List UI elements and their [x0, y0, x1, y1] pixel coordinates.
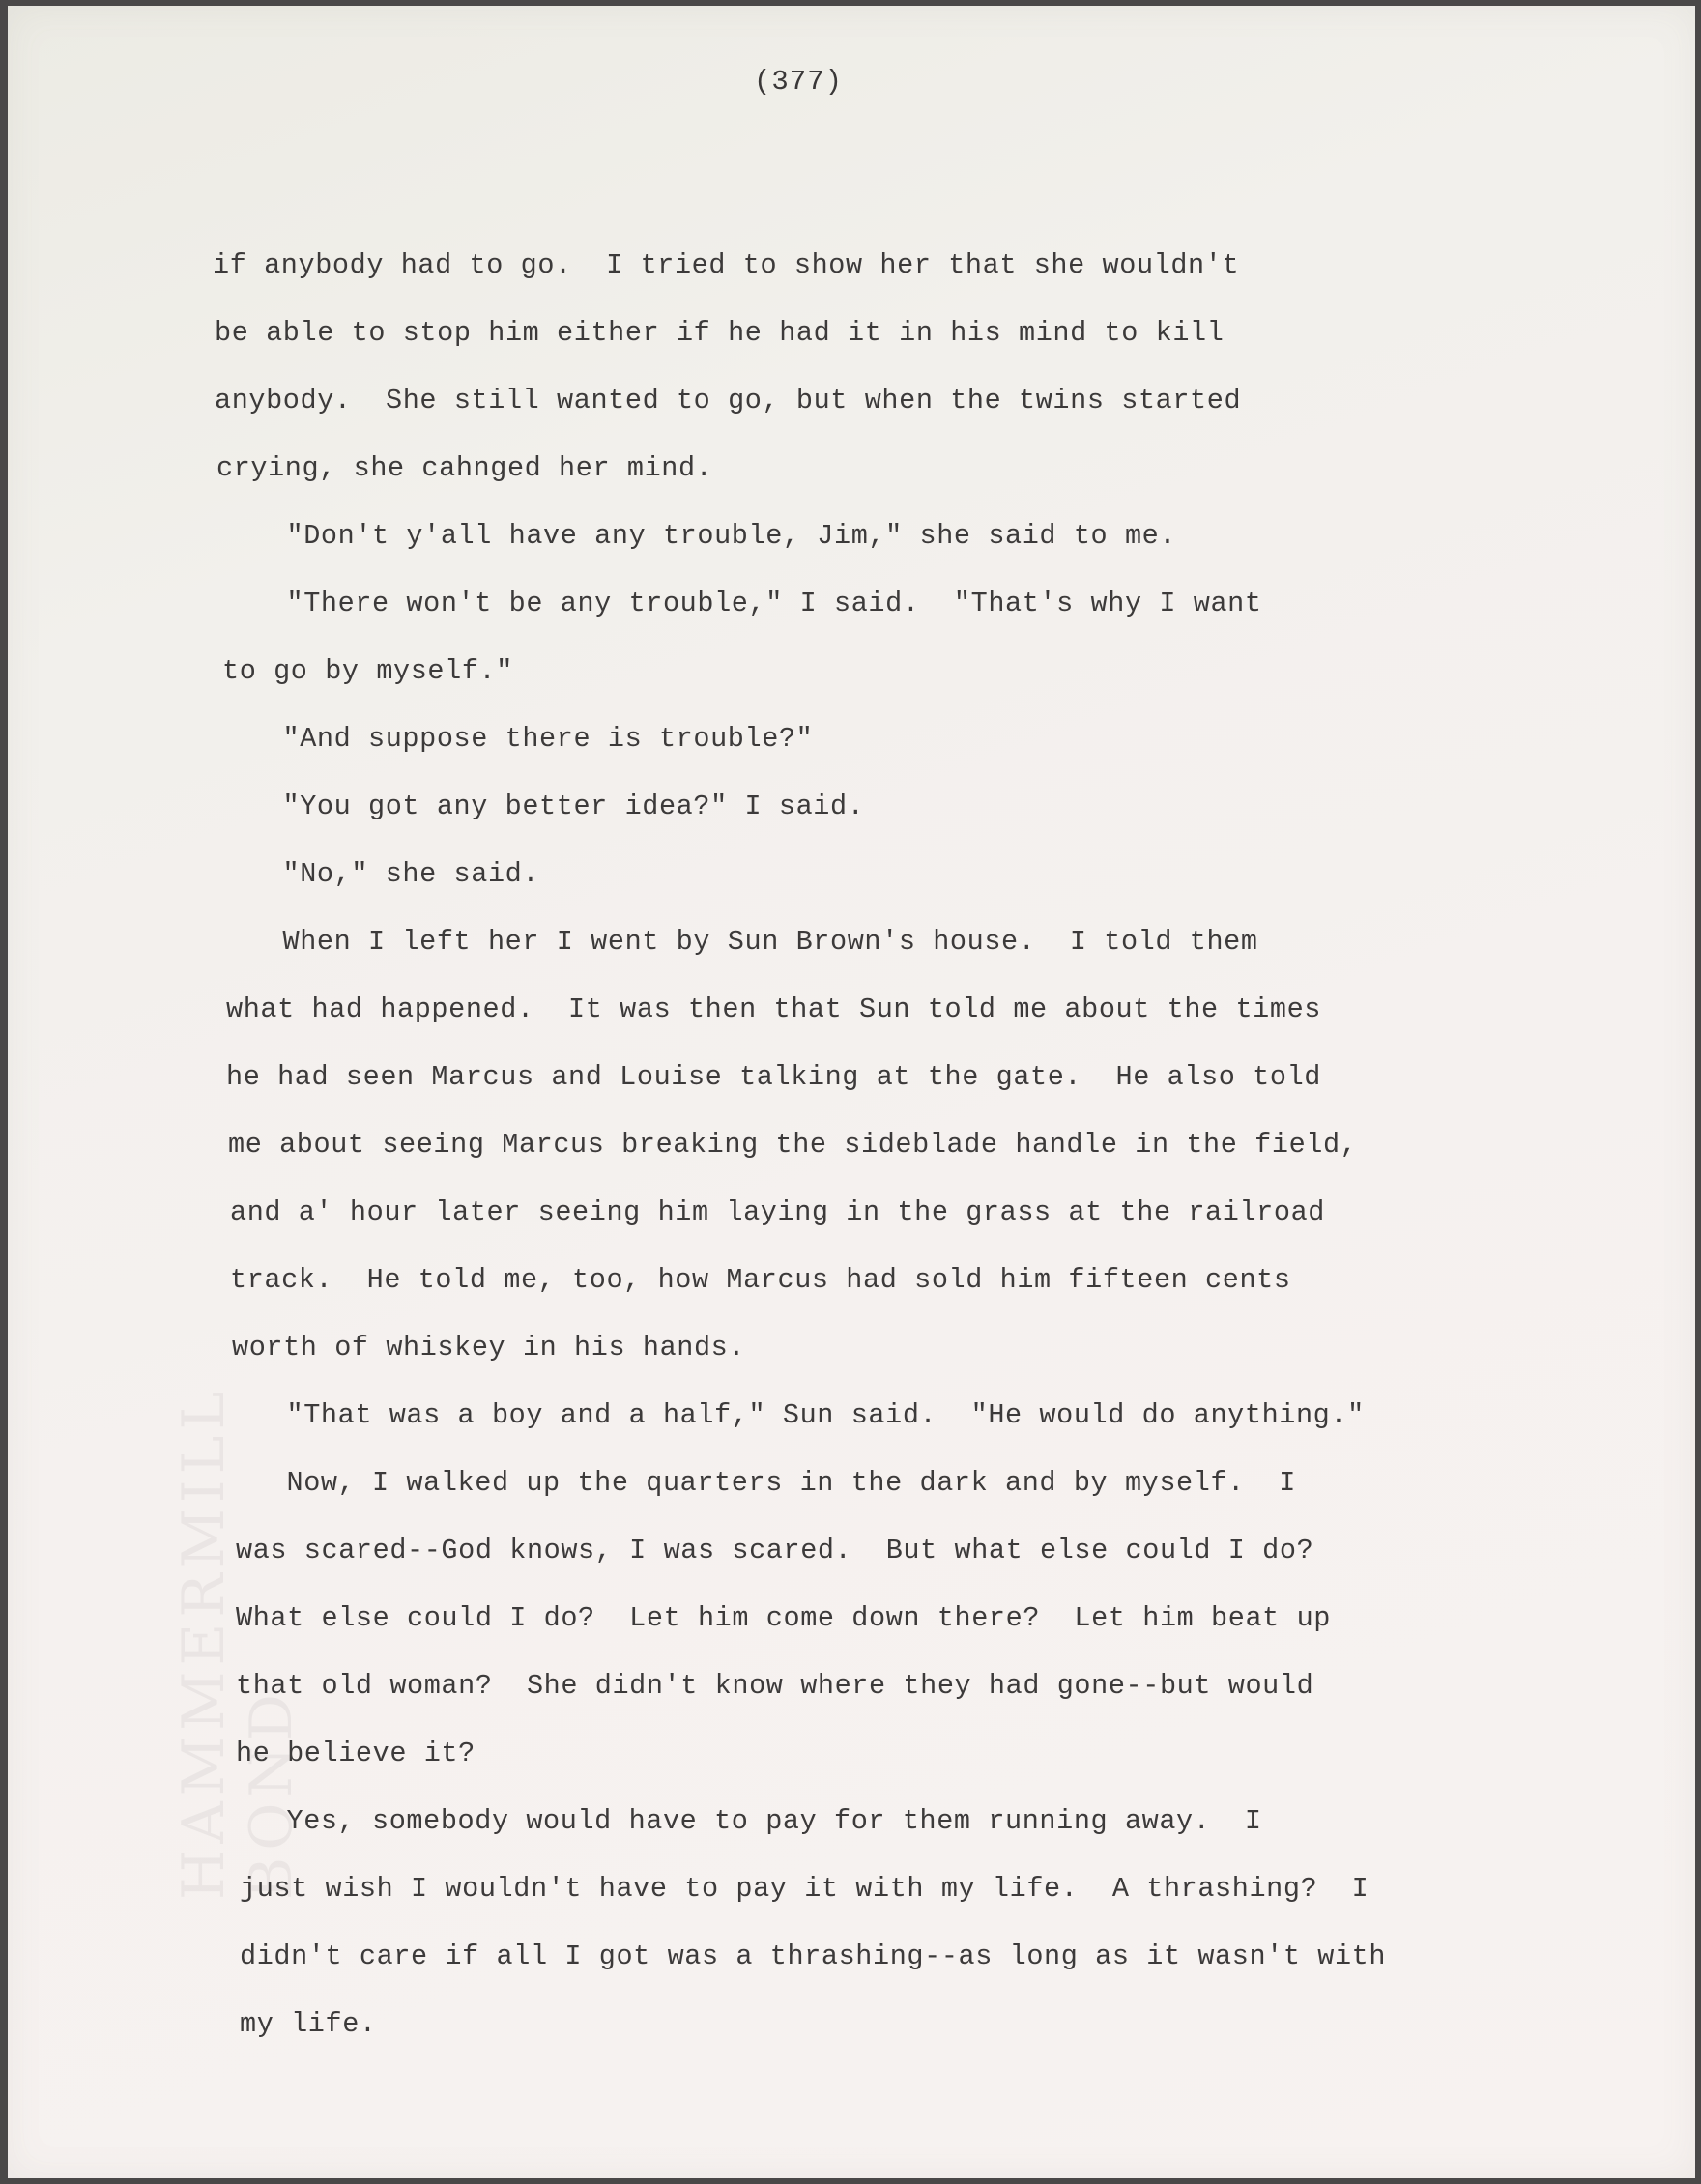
text-line: he had seen Marcus and Louise talking at… — [226, 1061, 1321, 1093]
text-line: and a' hour later seeing him laying in t… — [230, 1196, 1325, 1228]
text-line: to go by myself." — [222, 655, 513, 687]
text-line: "And suppose there is trouble?" — [197, 723, 813, 755]
text-line: my life. — [240, 2008, 377, 2040]
text-line: "Don't y'all have any trouble, Jim," she… — [201, 520, 1176, 552]
text-line: didn't care if all I got was a thrashing… — [240, 1940, 1386, 1972]
text-line: what had happened. It was then that Sun … — [226, 993, 1321, 1025]
text-line: be able to stop him either if he had it … — [215, 317, 1224, 349]
text-line: What else could I do? Let him come down … — [236, 1602, 1331, 1634]
text-line: Yes, somebody would have to pay for them… — [201, 1805, 1262, 1837]
text-line: was scared--God knows, I was scared. But… — [236, 1535, 1313, 1566]
text-line: just wish I wouldn't have to pay it with… — [240, 1873, 1369, 1905]
text-line: anybody. She still wanted to go, but whe… — [215, 385, 1241, 417]
text-line: Now, I walked up the quarters in the dar… — [201, 1467, 1296, 1499]
text-line: "No," she said. — [197, 858, 539, 890]
text-line: "There won't be any trouble," I said. "T… — [201, 588, 1262, 619]
text-line: "That was a boy and a half," Sun said. "… — [201, 1399, 1365, 1431]
text-line: "You got any better idea?" I said. — [197, 790, 864, 822]
text-line: me about seeing Marcus breaking the side… — [228, 1129, 1357, 1161]
text-line: track. He told me, too, how Marcus had s… — [230, 1264, 1291, 1296]
text-line: worth of whiskey in his hands. — [232, 1332, 745, 1364]
text-line: that old woman? She didn't know where th… — [236, 1670, 1313, 1702]
manuscript-page: HAMMERMILL BOND (377) if anybody had to … — [8, 6, 1695, 2178]
text-line: When I left her I went by Sun Brown's ho… — [197, 926, 1258, 958]
page-number: (377) — [754, 66, 843, 98]
text-line: if anybody had to go. I tried to show he… — [213, 249, 1239, 281]
text-line: he believe it? — [236, 1738, 476, 1769]
text-line: crying, she cahnged her mind. — [216, 452, 712, 484]
